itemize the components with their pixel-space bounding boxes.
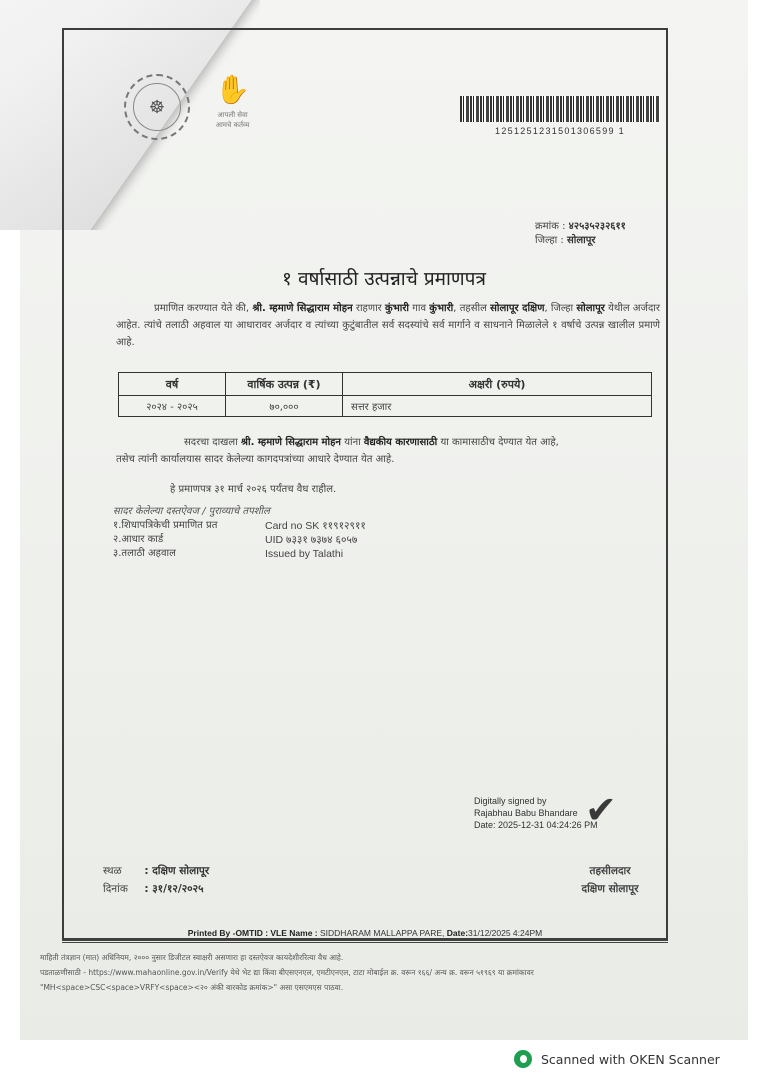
documents-heading: सादर केलेल्या दस्तऐवज / पुराव्याचे तपशील <box>113 503 270 517</box>
place-date-block: स्थळ : दक्षिण सोलापूर दिनांक : ३१/१२/२०२… <box>103 862 209 898</box>
place-label: स्थळ <box>103 862 141 880</box>
barcode-number: 1251251231501306599 1 <box>460 126 660 136</box>
jilha-value: सोलापूर <box>567 235 596 246</box>
jilha-label: जिल्हा : <box>535 235 564 246</box>
aaple-sarkar-logo: ✋ आपली सेवा आमचे कर्तव्य <box>205 70 260 150</box>
signature-check-icon: ✔ <box>585 790 617 830</box>
list-item: १.शिधापत्रिकेची प्रमाणित प्रतCard no SK … <box>113 519 366 533</box>
place-value: : दक्षिण सोलापूर <box>144 865 209 877</box>
col-year: वर्ष <box>119 373 226 396</box>
printed-by-line: Printed By -OMTID : VLE Name : SIDDHARAM… <box>62 928 668 943</box>
vle-name: SIDDHARAM MALLAPPA PARE, <box>320 928 444 938</box>
government-seal-icon: ☸ <box>124 74 190 140</box>
intro-paragraph: प्रमाणित करण्यात येते की, श्री. म्हमाणे … <box>116 300 660 351</box>
list-item: ३.तलाठी अहवालIssued by Talathi <box>113 547 366 561</box>
logo-caption-1: आपली सेवा <box>205 110 260 120</box>
kramank-value: ४२५३५२३२६११ <box>569 221 626 232</box>
purpose-paragraph: सदरचा दाखला श्री. म्हमाणे सिद्धाराम मोहन… <box>116 434 660 468</box>
logo-caption-2: आमचे कर्तव्य <box>205 120 260 130</box>
district: सोलापूर <box>576 303 605 314</box>
scanner-watermark: Scanned with OKEN Scanner <box>514 1050 720 1068</box>
col-in-words: अक्षरी (रुपये) <box>343 373 652 396</box>
list-item: २.आधार कार्डUID ७३३१ ७३७४ ६०५७ <box>113 533 366 547</box>
oken-scanner-logo-icon <box>514 1050 532 1068</box>
reference-block: क्रमांक : ४२५३५२३२६११ जिल्हा : सोलापूर <box>535 220 626 248</box>
col-annual-income: वार्षिक उत्पन्न (₹) <box>226 373 343 396</box>
barcode-icon <box>460 96 660 122</box>
purpose-reason: वैद्यकीय कारणासाठी <box>364 437 437 448</box>
date-value: : ३१/१२/२०२५ <box>144 883 203 895</box>
documents-list: १.शिधापत्रिकेची प्रमाणित प्रतCard no SK … <box>113 519 366 561</box>
print-date: 31/12/2025 4:24PM <box>468 928 542 938</box>
kramank-label: क्रमांक : <box>535 221 565 232</box>
validity-statement: हे प्रमाणपत्र ३१ मार्च २०२६ पर्यंतच वैध … <box>170 481 336 495</box>
digital-signature: Digitally signed by Rajabhau Babu Bhanda… <box>474 795 598 831</box>
issuing-officer: तहसीलदार दक्षिण सोलापूर <box>560 862 660 898</box>
hand-logo-icon: ✋ <box>205 70 260 110</box>
officer-designation: तहसीलदार <box>560 862 660 880</box>
village: कुंभारी <box>385 303 409 314</box>
applicant-name-2: श्री. म्हमाणे सिद्धाराम मोहन <box>241 437 341 448</box>
certificate-title: १ वर्षासाठी उत्पन्नाचे प्रमाणपत्र <box>0 265 768 291</box>
applicant-name: श्री. म्हमाणे सिद्धाराम मोहन <box>252 303 352 314</box>
table-row: २०२४ - २०२५ ७०,००० सत्तर हजार <box>119 396 652 417</box>
income-table: वर्ष वार्षिक उत्पन्न (₹) अक्षरी (रुपये) … <box>118 372 652 417</box>
tehsil: सोलापूर दक्षिण <box>490 303 544 314</box>
legal-footnote: माहिती तंत्रज्ञान (मात) अधिनियम, २००० नु… <box>40 950 740 995</box>
date-label: दिनांक <box>103 880 141 898</box>
officer-office: दक्षिण सोलापूर <box>560 880 660 898</box>
